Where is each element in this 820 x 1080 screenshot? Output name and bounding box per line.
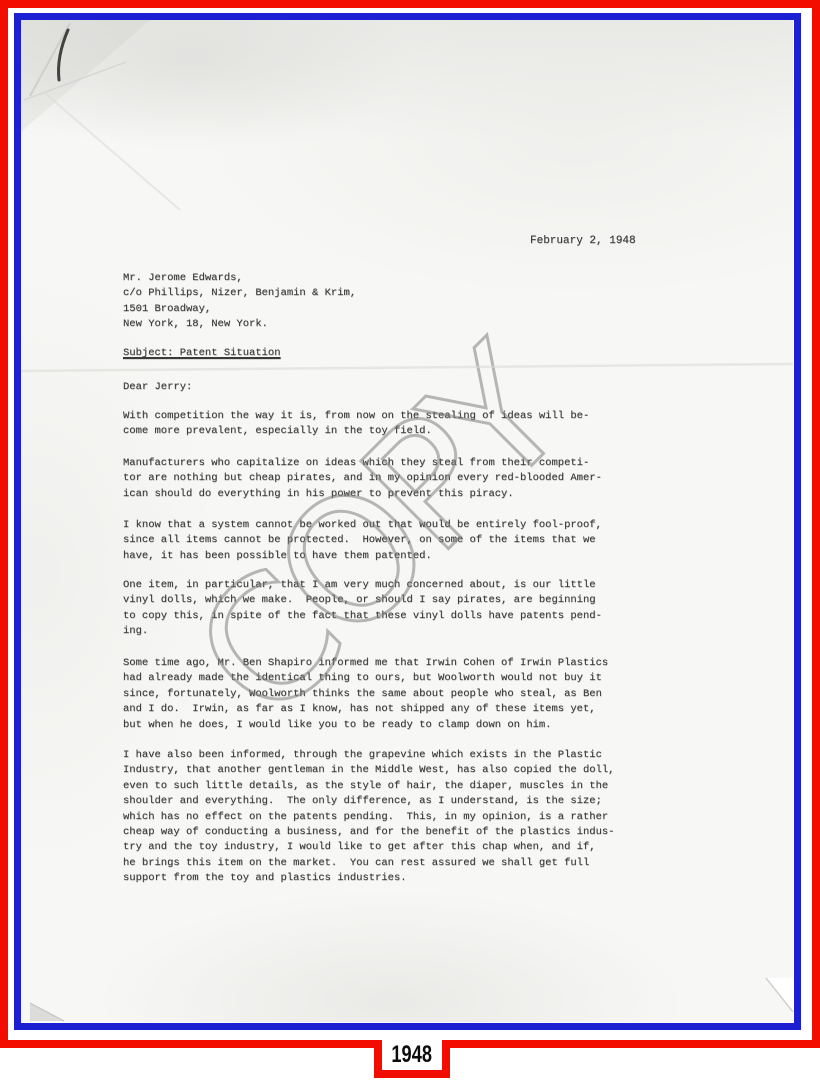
letter-paragraph-2: Manufacturers who capitalize on ideas wh… — [123, 456, 602, 502]
letter-paper: February 2, 1948 Mr. Jerome Edwards, c/o… — [21, 20, 793, 1022]
letter-paragraph-5: Some time ago, Mr. Ben Shapiro informed … — [123, 656, 608, 733]
year-tab: 1948 — [374, 1040, 450, 1078]
salutation: Dear Jerry: — [123, 380, 192, 395]
letter-paragraph-3: I know that a system cannot be worked ou… — [123, 518, 602, 564]
scanned-letter-page: February 2, 1948 Mr. Jerome Edwards, c/o… — [0, 0, 820, 1080]
letter-paragraph-6: I have also been informed, through the g… — [123, 748, 614, 887]
letter-paragraph-4: One item, in particular, that I am very … — [123, 578, 602, 640]
recipient-address-block: Mr. Jerome Edwards, c/o Phillips, Nizer,… — [123, 271, 356, 333]
letter-paragraph-1: With competition the way it is, from now… — [123, 409, 589, 440]
letter-date: February 2, 1948 — [530, 234, 636, 249]
year-label: 1948 — [392, 1043, 433, 1067]
subject-line: Subject: Patent Situation — [123, 346, 281, 361]
